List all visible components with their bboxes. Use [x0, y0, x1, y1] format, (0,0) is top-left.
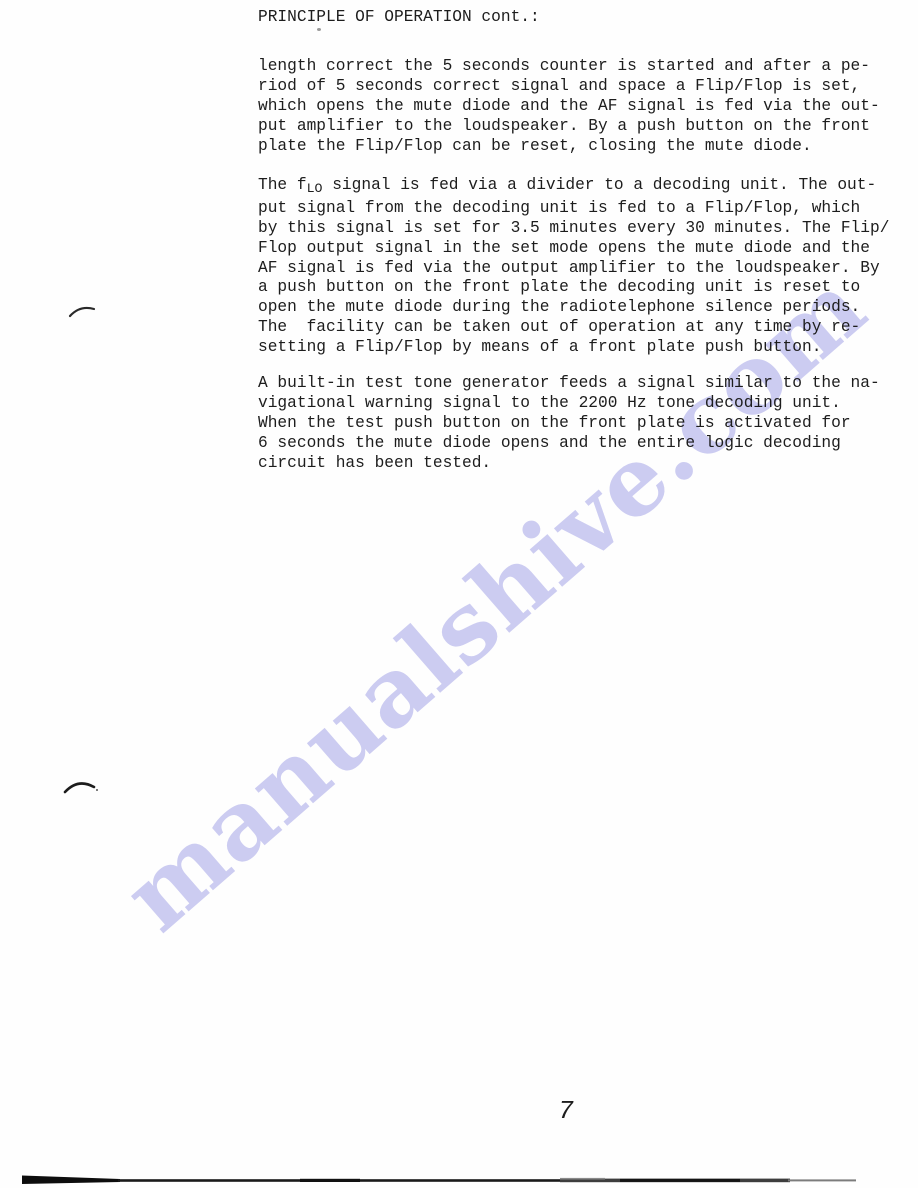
paragraph-2: The fLO signal is fed via a divider to a…	[258, 176, 908, 358]
scan-pen-mark-top	[66, 300, 100, 322]
page-heading: PRINCIPLE OF OPERATION cont.:	[258, 8, 540, 28]
text-layer: PRINCIPLE OF OPERATION cont.: length cor…	[0, 0, 918, 1188]
ink-speck-left-margin	[96, 789, 98, 791]
f-lo-subscript: LO	[307, 181, 323, 196]
scan-edge-bar	[0, 1172, 918, 1188]
scanned-manual-page: manualshive.com PRINCIPLE OF OPERATION c…	[0, 0, 918, 1188]
scan-pen-mark-bottom	[60, 774, 100, 798]
ink-speck-under-heading	[317, 28, 321, 31]
paragraph-1: length correct the 5 seconds counter is …	[258, 57, 908, 157]
paragraph-3: A built-in test tone generator feeds a s…	[258, 374, 908, 474]
page-number: 7	[558, 1096, 574, 1126]
paragraph-2-pre: The f	[258, 176, 307, 194]
paragraph-2-post: signal is fed via a divider to a decodin…	[258, 176, 889, 356]
